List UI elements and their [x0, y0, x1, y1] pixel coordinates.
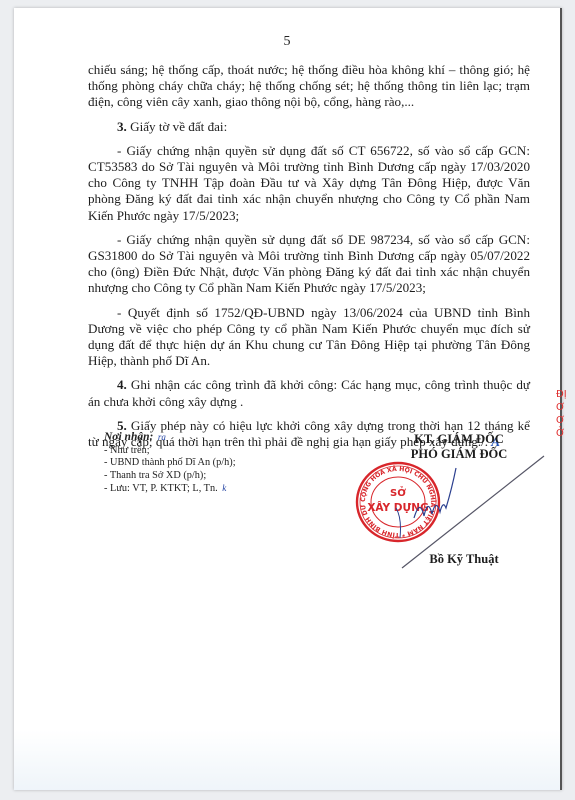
- recipient-item-last: - Lưu: VT, P. KTKT; L, Tn. k: [104, 482, 324, 496]
- intro-paragraph: chiếu sáng; hệ thống cấp, thoát nước; hệ…: [88, 62, 530, 111]
- page-number: 5: [14, 34, 560, 50]
- handwritten-initial-icon: ra: [158, 432, 166, 442]
- section-3-title: Giấy tờ về đất đai:: [130, 119, 227, 134]
- recipient-item: - Thanh tra Sở XD (p/h);: [104, 470, 324, 483]
- signer-name: Bồ Kỹ Thuật: [404, 552, 524, 567]
- recipients-list: Nơi nhận: ra - Như trên; - UBND thành ph…: [104, 431, 324, 496]
- section-4-number: 4.: [117, 377, 127, 392]
- recipients-heading: Nơi nhận: ra: [104, 431, 324, 445]
- signature-line-1: KT. GIÁM ĐỐC: [374, 432, 544, 447]
- margin-stamp-fragment-icon: ĐỊƠƠỞ: [556, 388, 568, 488]
- recipient-item: - Lưu: VT, P. KTKT; L, Tn.: [104, 483, 218, 494]
- document-body: chiếu sáng; hệ thống cấp, thoát nước; hệ…: [88, 62, 530, 458]
- recipient-item: - UBND thành phố Dĩ An (p/h);: [104, 457, 324, 470]
- land-document-item: - Giấy chứng nhận quyền sử dụng đất số C…: [88, 143, 530, 224]
- land-document-item: - Quyết định số 1752/QĐ-UBND ngày 13/06/…: [88, 305, 530, 370]
- recipient-item: - Như trên;: [104, 445, 324, 458]
- section-4: 4. Ghi nhận các công trình đã khởi công:…: [88, 377, 530, 409]
- section-3-number: 3.: [117, 119, 127, 134]
- document-page: 5 chiếu sáng; hệ thống cấp, thoát nước; …: [14, 8, 562, 790]
- section-4-text: Ghi nhận các công trình đã khởi công: Cá…: [88, 377, 530, 408]
- land-document-item: - Giấy chứng nhận quyền sử dụng đất số D…: [88, 232, 530, 297]
- recipients-title: Nơi nhận:: [104, 431, 153, 443]
- page-shadow: [14, 730, 560, 790]
- handwritten-initial-icon: k: [222, 483, 226, 493]
- section-3-heading: 3. Giấy tờ về đất đai:: [88, 119, 530, 135]
